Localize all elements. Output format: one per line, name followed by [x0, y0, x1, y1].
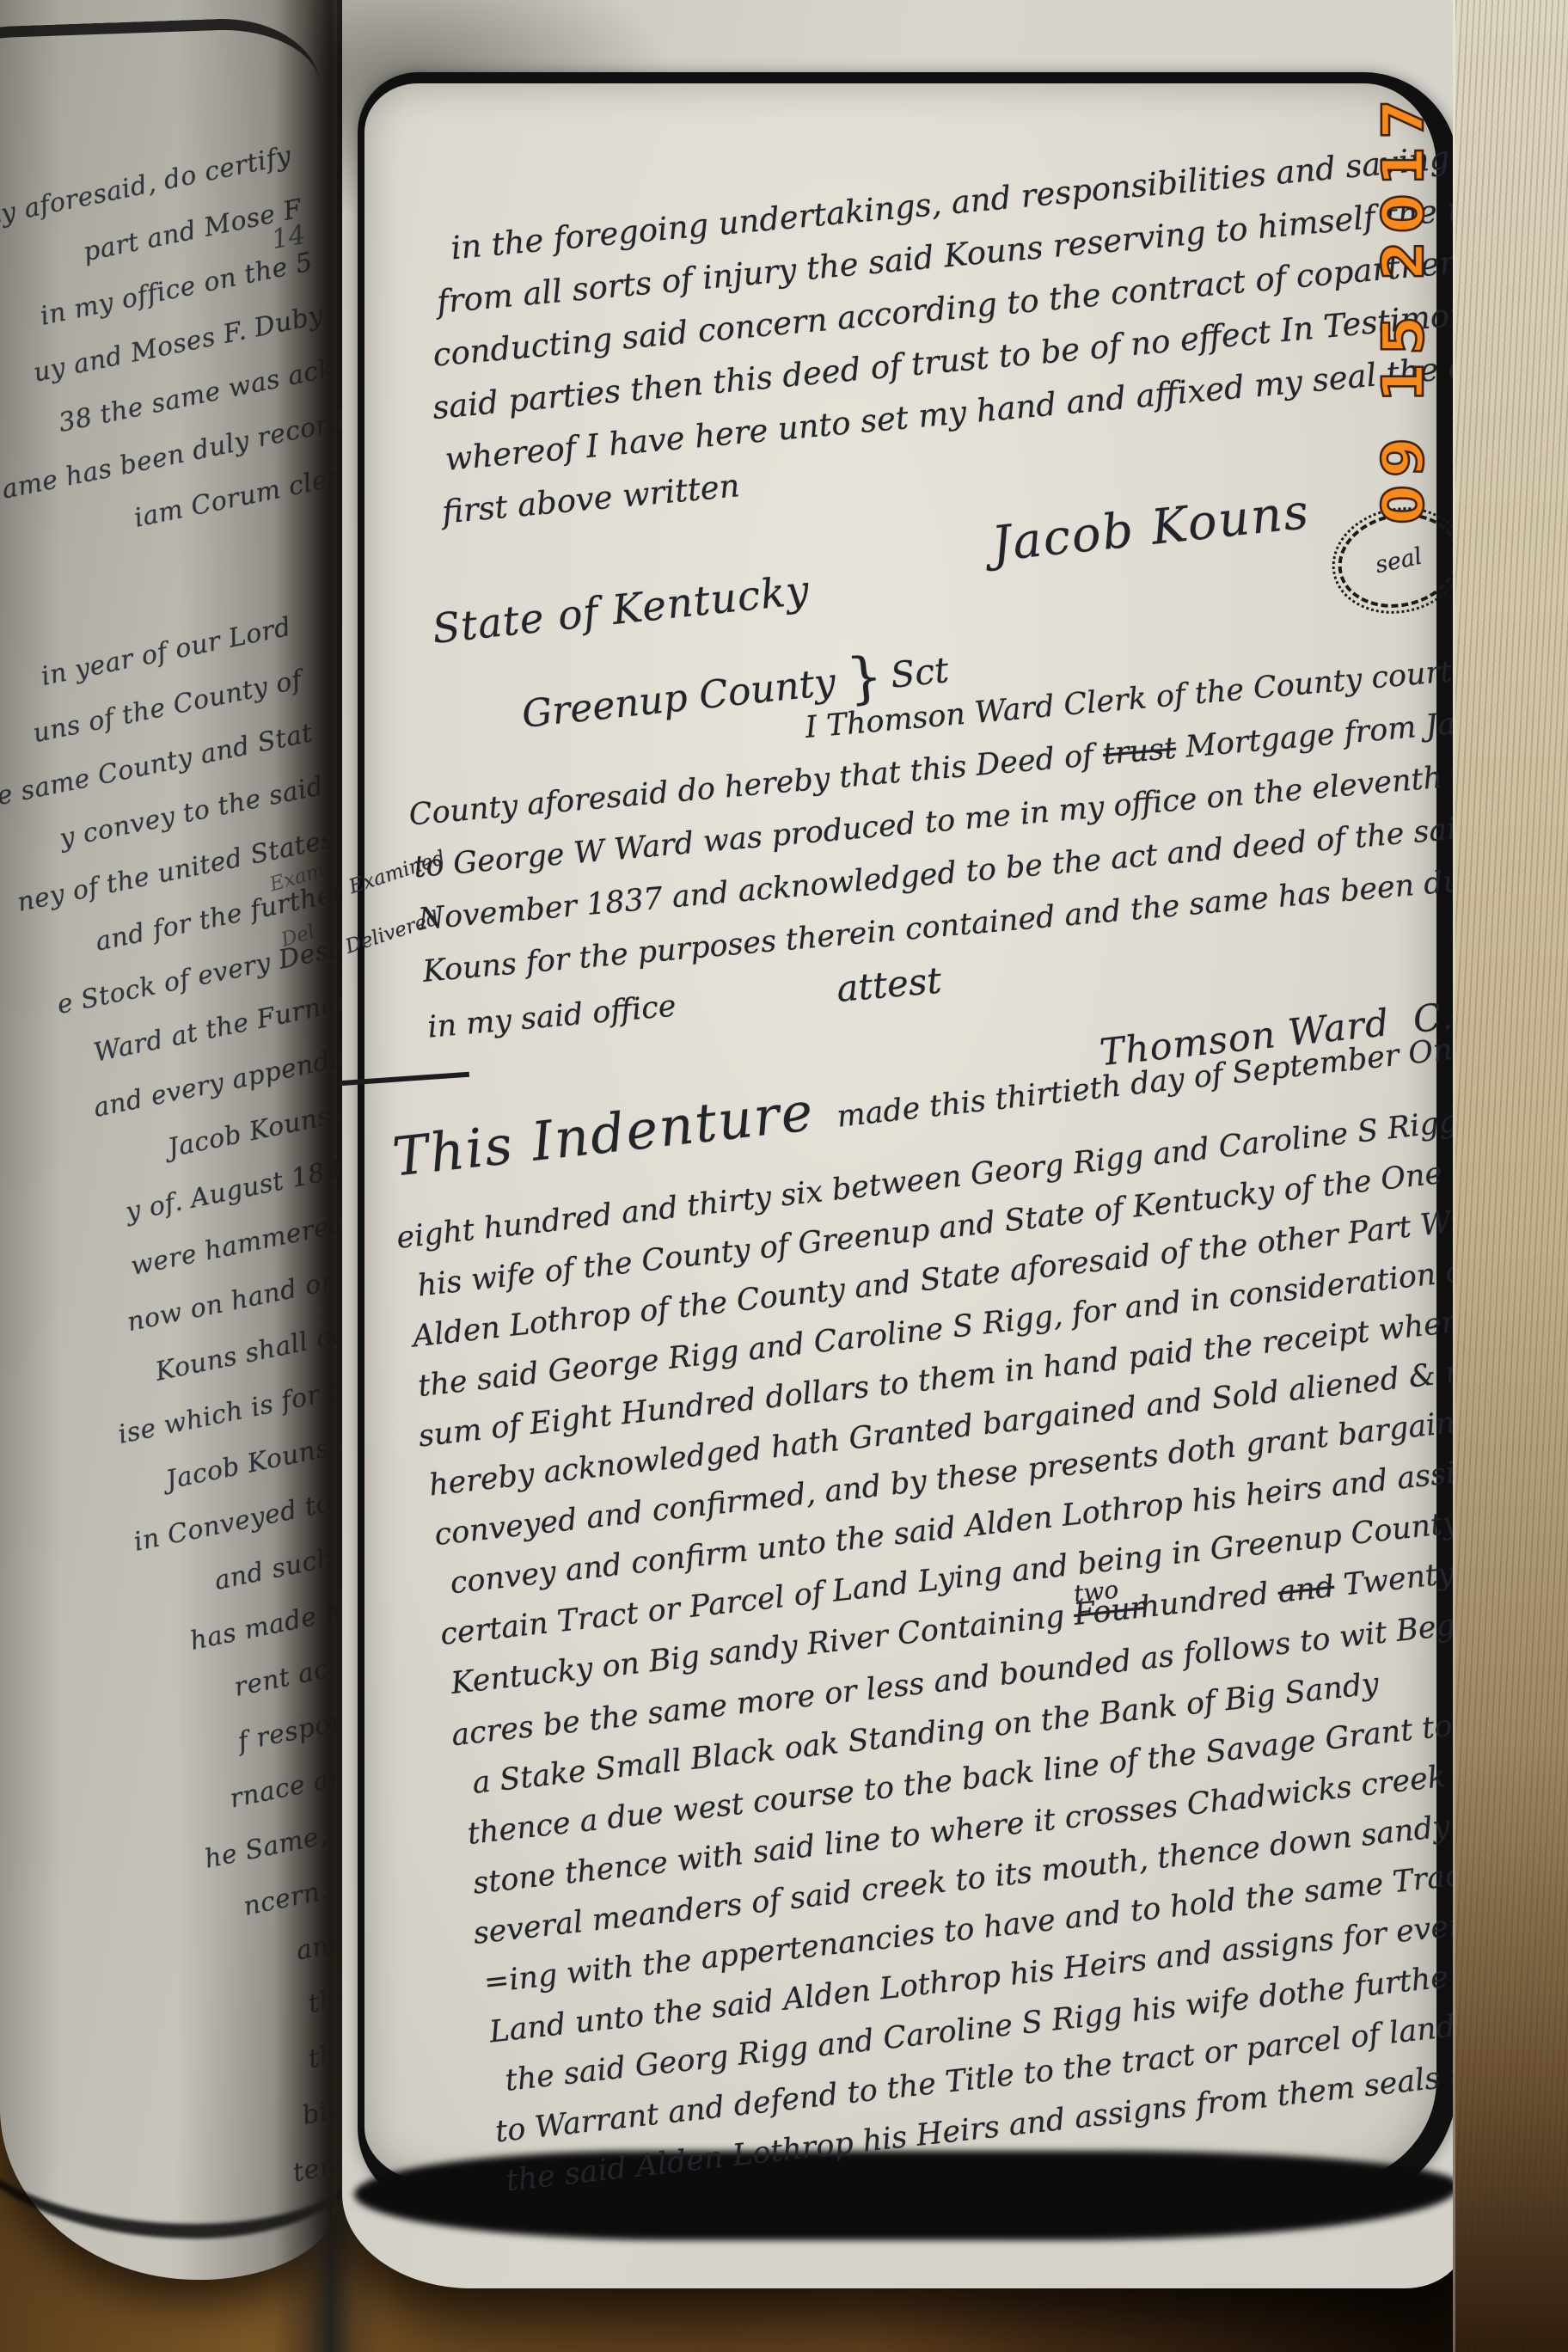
- page-edge-stack: [1453, 0, 1568, 2352]
- spacer: [677, 1001, 837, 1015]
- left-page-text-line: part and Mose F: [0, 182, 307, 329]
- left-page-text-line: uns of the County of: [0, 653, 307, 800]
- closing-paragraph: in the foregoing undertakings, and respo…: [416, 131, 1480, 538]
- left-page-text-line: nty aforesaid, do certify: [0, 129, 297, 276]
- camera-timestamp: 09 15 2017: [1370, 92, 1436, 524]
- right-page: in the foregoing undertakings, and respo…: [342, 0, 1465, 2288]
- indenture-paragraph: This Indenture made this thirtieth day o…: [390, 1014, 1568, 2207]
- deed-text-content: in the foregoing undertakings, and respo…: [342, 0, 1465, 2288]
- left-page-text-line: in year of our Lord: [0, 600, 297, 747]
- indenture-opening-words: This Indenture: [390, 1087, 817, 1183]
- sct-label: Sct: [889, 649, 951, 696]
- state-heading: State of Kentucky: [430, 567, 812, 653]
- struck-word: and: [1277, 1570, 1337, 1610]
- attest-label: attest: [835, 959, 943, 1010]
- section-divider-line: [339, 1072, 469, 1087]
- left-page-text-line: in my office on the 5: [0, 235, 318, 382]
- acreage-mid: hundred: [1129, 1576, 1279, 1626]
- left-page-text-line: of the same County and Stat: [0, 706, 318, 853]
- seal-label: seal: [1373, 542, 1424, 579]
- inserted-word-above: two: [1072, 1575, 1119, 1608]
- deed-book-photo: nty aforesaid, do certifypart and Mose F…: [0, 0, 1568, 2352]
- jacob-kouns-signature: Jacob Kouns: [989, 484, 1313, 573]
- gutter-page-number: 14: [269, 219, 308, 255]
- office-phrase: in my said office: [426, 989, 677, 1045]
- struck-word: trust: [1101, 732, 1178, 772]
